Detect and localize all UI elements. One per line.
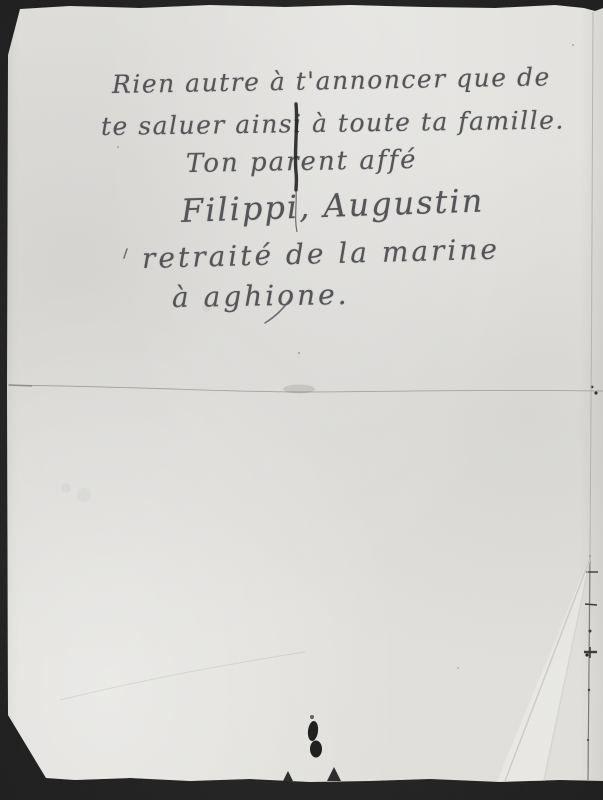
scan-background: Rien autre à t'annoncer que de te saluer…: [0, 0, 603, 800]
paper-artifacts: [0, 0, 603, 800]
scan-grain: [0, 0, 603, 800]
